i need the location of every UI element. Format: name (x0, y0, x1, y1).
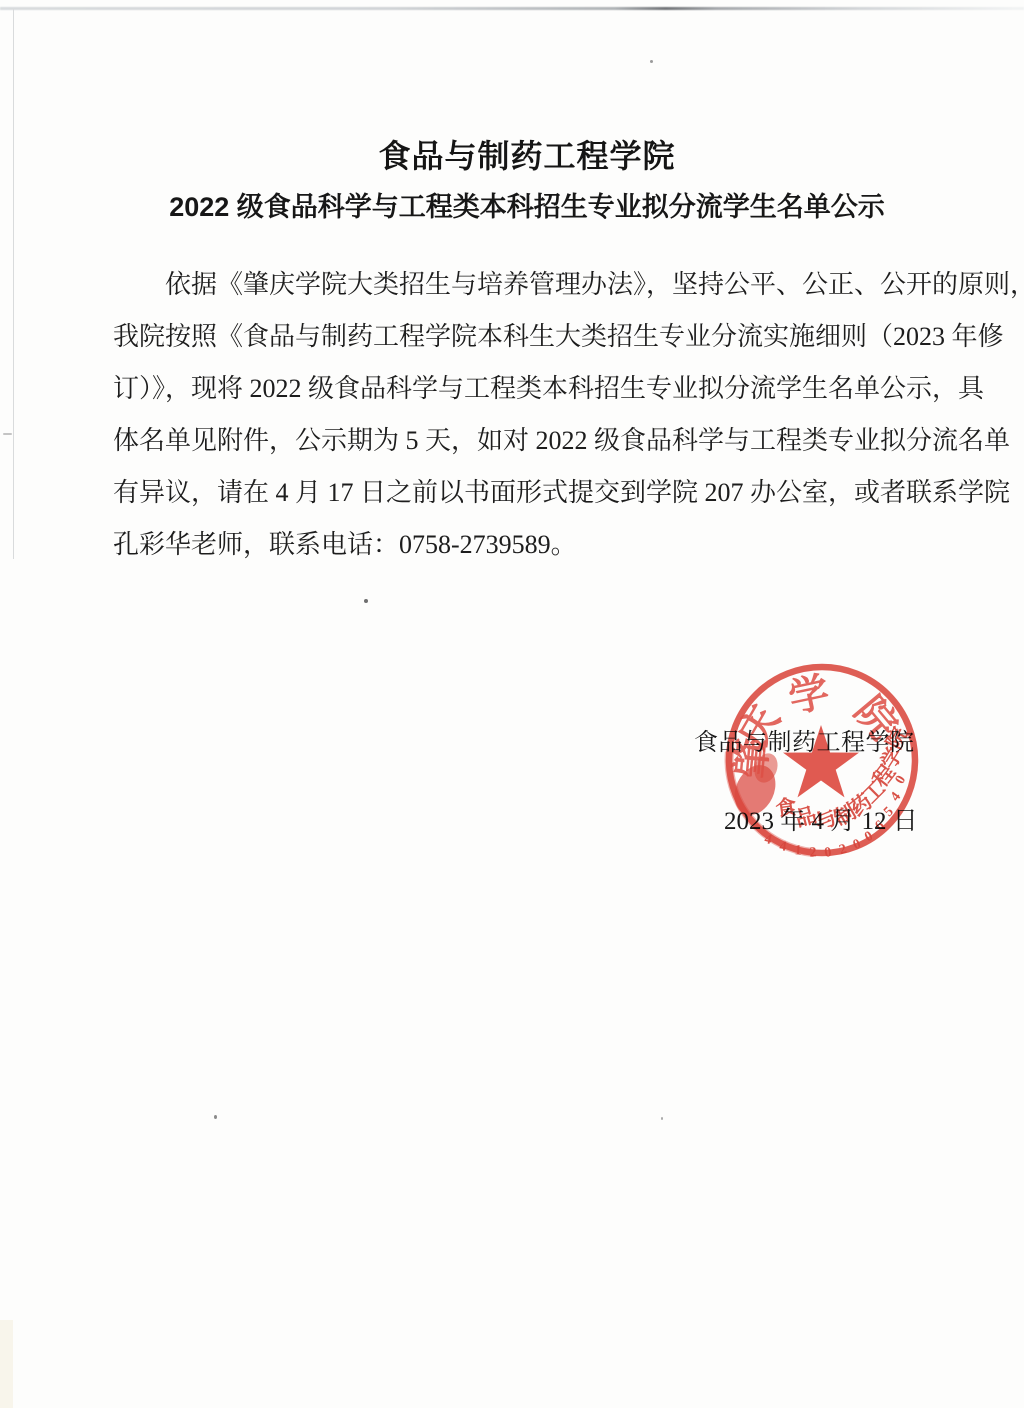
document-subtitle: 2022 级食品科学与工程类本科招生专业拟分流学生名单公示 (113, 189, 941, 225)
scan-left-strip (0, 1320, 13, 1408)
svg-text:2: 2 (809, 845, 817, 860)
body-line: 我院按照《食品与制药工程学院本科生大类招生专业分流实施细则（2023 年修 (113, 311, 941, 363)
scan-speck (3, 433, 12, 435)
document-body-paragraph: 依据《肇庆学院大类招生与培养管理办法》，坚持公平、公正、公开的原则， 我院按照《… (113, 259, 941, 571)
body-line: 体名单见附件，公示期为 5 天，如对 2022 级食品科学与工程类专业拟分流名单 (113, 415, 941, 467)
seal-star-icon (783, 725, 859, 797)
scan-speck (661, 1117, 663, 1120)
scan-speck (364, 599, 368, 603)
svg-text:4: 4 (778, 839, 787, 855)
svg-text:1: 1 (794, 843, 802, 858)
document-title: 食品与制药工程学院 (113, 134, 941, 178)
body-line: 有异议，请在 4 月 17 日之前以书面形式提交到学院 207 办公室，或者联系… (113, 467, 941, 519)
svg-text:0: 0 (823, 845, 832, 861)
body-line: 依据《肇庆学院大类招生与培养管理办法》，坚持公平、公正、公开的原则， (113, 259, 941, 311)
scan-top-edge-line (0, 7, 1024, 10)
scan-speck (650, 60, 653, 63)
svg-text:0: 0 (893, 773, 909, 787)
svg-text:学: 学 (785, 669, 833, 721)
scan-left-edge-line (13, 9, 14, 559)
official-seal-stamp: 肇庆学院食品与制药工程学院441202006540 (714, 650, 934, 870)
body-line: 孔彩华老师，联系电话：0758-2739589。 (113, 519, 941, 571)
scan-speck (214, 1115, 217, 1119)
body-line: 订）》，现将 2022 级食品科学与工程类本科招生专业拟分流学生名单公示，具 (113, 363, 941, 415)
scanned-document-page: 食品与制药工程学院 2022 级食品科学与工程类本科招生专业拟分流学生名单公示 … (0, 0, 1024, 1408)
